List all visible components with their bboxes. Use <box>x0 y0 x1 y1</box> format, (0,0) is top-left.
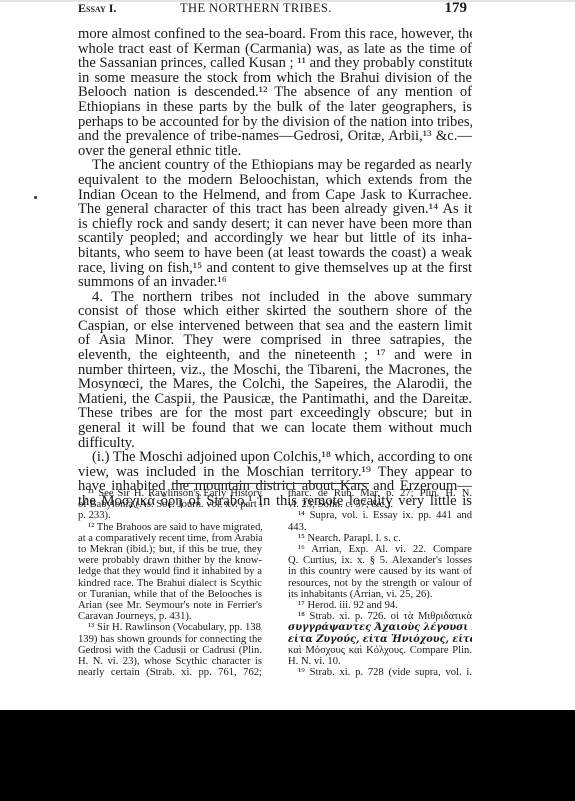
margin-speck <box>34 196 37 199</box>
footnotes-left-column: ¹¹ See Sir H. Rawlinson's Early History … <box>78 488 262 682</box>
footnote-line: tharc. de Rub. Mar. p. 27; Plin. H. N. <box>288 488 472 499</box>
running-head: Essay I. THE NORTHERN TRIBES. 179 <box>78 1 473 17</box>
footnote-line: 443. <box>288 522 472 533</box>
body-line: view, was included in the Moschian terri… <box>78 465 472 480</box>
footnote-line: resources, not by the strength or valour… <box>288 578 472 589</box>
body-line: more almost confined to the sea-board. F… <box>78 27 472 42</box>
footnote-19: ¹⁹ Strab. xi. p. 728 (vide supra, vol. i… <box>288 667 472 678</box>
body-line: summons of an invader.¹⁶ <box>78 275 472 290</box>
footnote-11: ¹¹ See Sir H. Rawlinson's Early History <box>78 488 262 499</box>
body-line: over the general ethnic title. <box>78 144 472 159</box>
footnote-line-cropped <box>288 678 472 682</box>
body-line: scantily peopled; and accordingly we hea… <box>78 231 472 246</box>
footnote-line: H. N. vi. 10. <box>288 656 472 667</box>
section-4-start: 4. The northern tribes not included in t… <box>78 290 472 305</box>
footnote-line: to Mekran (ibid.); but, if this be true,… <box>78 544 262 555</box>
body-line: in some measure the stock from which the… <box>78 71 472 86</box>
footnote-line: its inhabitants (Arrian, vi. 25, 26). <box>288 589 472 600</box>
body-line: the Sassanian princes, called Kusan ; ¹¹… <box>78 56 472 71</box>
footnote-line: Gedrosi with the Cadusii or Cadrusi (Pli… <box>78 645 262 656</box>
footnote-line: at a comparatively recent time, from Ara… <box>78 533 262 544</box>
book-page: Essay I. THE NORTHERN TRIBES. 179 more a… <box>0 0 575 710</box>
footnote-18: ¹⁸ Strab. xi. p. 726. οἱ τὰ Μιθριδατικὰ <box>288 611 472 622</box>
body-line: equivalent to the modern Beloochistan, w… <box>78 173 472 188</box>
body-line: The general character of this tract has … <box>78 202 472 217</box>
footnote-line: vi. 23; Solin. c. 57, &c.). <box>288 499 472 510</box>
body-line: is chiefly rock and sandy desert; it can… <box>78 217 472 232</box>
body-line: Mosynœci, the Mares, the Colchi, the Sap… <box>78 377 472 392</box>
footnote-line: H. N. vi. 23), whose Scythic character i… <box>78 656 262 667</box>
footnote-line: Q. Curtius, ix. x. § 5. Alexander's loss… <box>288 555 472 566</box>
body-line: difficulty. <box>78 436 472 451</box>
footnote-line: Arian (see Mr. Seymour's note in Ferrier… <box>78 600 262 611</box>
footnote-line: or Turanian, while that of the Belooches… <box>78 589 262 600</box>
footnote-line: nearly certain (Strab. xi. pp. 761, 762; <box>78 667 262 678</box>
body-line: whole tract east of Kerman (Carmania) wa… <box>78 42 472 57</box>
running-head-left: Essay I. <box>78 1 116 16</box>
body-line: race, living on fish,¹⁵ and content to g… <box>78 261 472 276</box>
footnote-rule <box>174 483 369 484</box>
body-line: Indian Ocean to the Helmend, and from Ca… <box>78 188 472 203</box>
body-text: more almost confined to the sea-board. F… <box>78 27 472 509</box>
body-line: Matieni, the Caspii, the Pausicæ, the Pa… <box>78 392 472 407</box>
body-line: and the prevalence of tribe-names—Gedros… <box>78 129 472 144</box>
footnote-line: 139) has shown grounds for connecting th… <box>78 634 262 645</box>
footnote-16: ¹⁶ Arrian, Exp. Al. vi. 22. Compare <box>288 544 472 555</box>
subsection-i-start: (i.) The Moschi adjoined upon Colchis,¹⁸… <box>78 450 472 465</box>
footnote-line: Caravan Journeys, p. 431). <box>78 611 262 622</box>
footnote-line: were probably drawn thither by the know- <box>78 555 262 566</box>
footnote-line: p. 233). <box>78 510 262 521</box>
footnote-greek-line: συγγράψαντες Ἀχαιοὺς λέγουσι πρώτους, <box>288 622 472 633</box>
footnote-line: in this country were caused by its want … <box>288 566 472 577</box>
footnote-line: of Babylonia (As. Soc. Journ. vol. xv. p… <box>78 499 262 510</box>
body-line: of Asia Minor. They were comprised in th… <box>78 333 472 348</box>
paragraph-start: The ancient country of the Ethiopians ma… <box>78 158 472 173</box>
footnote-15: ¹⁵ Nearch. Parapl. l. s. c. <box>288 533 472 544</box>
body-line: consist of those which either skirted th… <box>78 304 472 319</box>
footnote-greek-line: εἶτα Ζυγούς, εἶτα Ἡνιόχους, εἶτα Κερκέτα… <box>288 634 472 645</box>
body-line: Caspian, or else intervened between that… <box>78 319 472 334</box>
body-line: general it will be found that we can loc… <box>78 421 472 436</box>
body-line: number thirteen, viz., the Moschi, the T… <box>78 363 472 378</box>
page-number: 179 <box>445 0 468 17</box>
footnote-12: ¹² The Brahoos are said to have migrated… <box>78 522 262 533</box>
footnote-13: ¹³ Sir H. Rawlinson (Vocabulary, pp. 138… <box>78 622 262 633</box>
footnote-line-cropped <box>78 678 262 682</box>
body-line: eleventh, the eighteenth, and the ninete… <box>78 348 472 363</box>
body-line: Belooch nation is descended.¹² The absen… <box>78 85 472 100</box>
footnotes-right-column: tharc. de Rub. Mar. p. 27; Plin. H. N. v… <box>288 488 472 682</box>
body-line: perhaps to be accounted for by the divis… <box>78 115 472 130</box>
running-head-title: THE NORTHERN TRIBES. <box>180 1 332 16</box>
body-line: These tribes are for the most part excee… <box>78 406 472 421</box>
body-line: Ethiopians in these parts by the bulk of… <box>78 100 472 115</box>
footnote-line: kindred race. The Brahui dialect is Scyt… <box>78 578 262 589</box>
footnote-14: ¹⁴ Supra, vol. i. Essay ix. pp. 441 and <box>288 510 472 521</box>
body-line: bitants, who seem to have been (at least… <box>78 246 472 261</box>
footnote-line: ledge that they would find it inhabited … <box>78 566 262 577</box>
footnote-17: ¹⁷ Herod. iii. 92 and 94. <box>288 600 472 611</box>
viewer-background <box>0 710 575 801</box>
footnote-line: καὶ Μόσχους καὶ Κόλχους. Compare Plin. <box>288 645 472 656</box>
